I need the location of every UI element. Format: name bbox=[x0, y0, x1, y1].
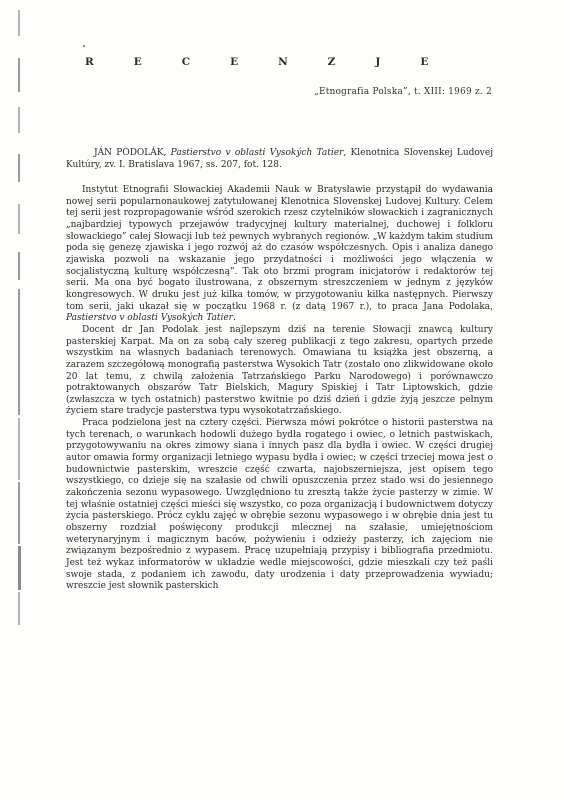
scan-line-artifact bbox=[18, 252, 20, 280]
review-paragraph-2: Docent dr Jan Podolak jest najlepszym dz… bbox=[66, 325, 493, 418]
scan-line-artifact bbox=[18, 289, 20, 415]
scan-line-artifact bbox=[18, 592, 20, 625]
book-citation: JÁN PODOLÁK, Pastierstvo v oblasti Vysok… bbox=[66, 148, 493, 171]
review-body: Instytut Etnografii Słowackiej Akademii … bbox=[66, 185, 493, 593]
scan-dot-artifact bbox=[83, 45, 85, 47]
paragraph-text-end: . bbox=[233, 313, 236, 323]
scan-line-artifact bbox=[18, 546, 21, 590]
scan-line-artifact bbox=[18, 418, 20, 480]
scan-line-artifact bbox=[18, 482, 20, 544]
scanned-page: RECENZJE „Etnografia Polska”, t. XIII: 1… bbox=[0, 0, 566, 800]
paragraph-text: Instytut Etnografii Słowackiej Akademii … bbox=[66, 185, 493, 312]
section-heading: RECENZJE bbox=[85, 56, 468, 68]
scan-line-artifact bbox=[18, 107, 20, 133]
scan-line-artifact bbox=[18, 154, 20, 182]
review-paragraph-3: Praca podzielona jest na cztery części. … bbox=[66, 418, 493, 593]
book-title-inline: Pastierstvo v oblasti Vysokých Tatier bbox=[66, 313, 233, 323]
scan-line-artifact bbox=[18, 204, 20, 234]
journal-reference: „Etnografia Polska”, t. XIII: 1969 z. 2 bbox=[314, 87, 492, 97]
scan-line-artifact bbox=[18, 58, 20, 92]
book-title: Pastierstvo v oblasti Vysokých Tatier bbox=[171, 148, 344, 158]
book-author: JÁN PODOLÁK, bbox=[94, 148, 171, 158]
review-paragraph-1: Instytut Etnografii Słowackiej Akademii … bbox=[66, 185, 493, 325]
scan-line-artifact bbox=[18, 10, 20, 36]
